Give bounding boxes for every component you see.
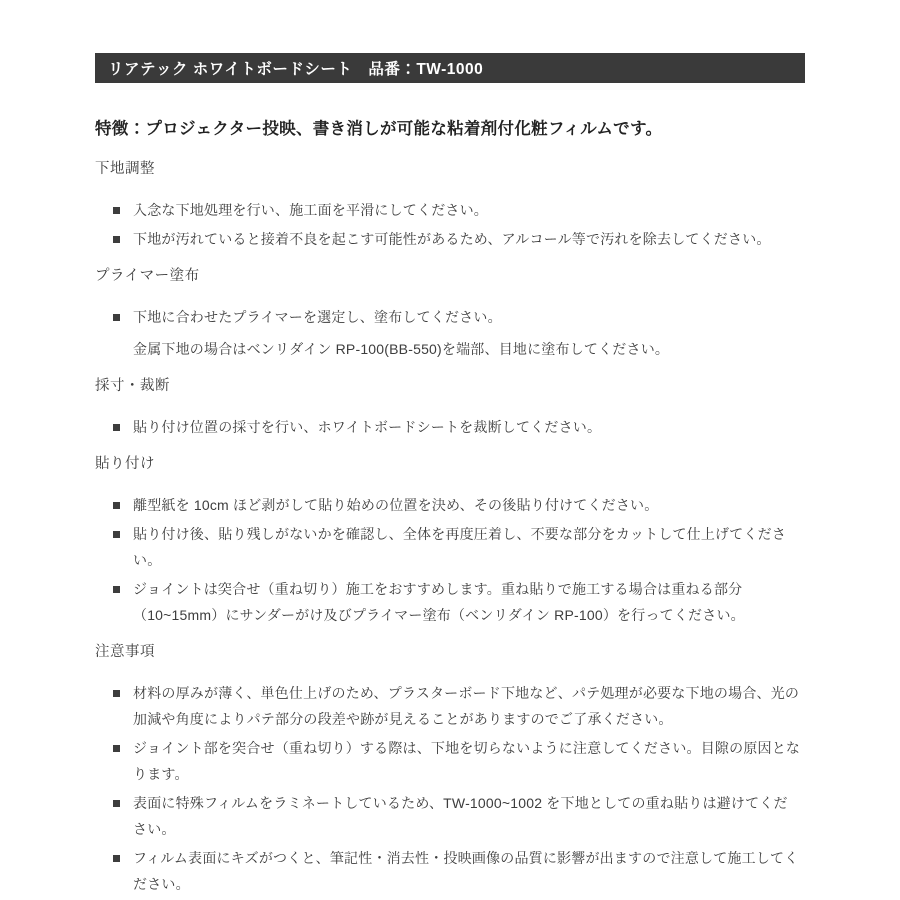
bullet-square-icon (113, 531, 120, 538)
list-item: 表面に特殊フィルムをラミネートしているため、TW-1000~1002 を下地とし… (95, 790, 805, 842)
bullet-square-icon (113, 800, 120, 807)
list-item-text: 材料の厚みが薄く、単色仕上げのため、プラスターボード下地など、パテ処理が必要な下… (133, 680, 801, 732)
document-page: リアテック ホワイトボードシート 品番：TW-1000 特徴：プロジェクター投映… (0, 0, 900, 900)
list-item-text: 入念な下地処理を行い、施工面を平滑にしてください。 (133, 197, 488, 223)
section-title: 貼り付け (95, 456, 805, 473)
list-item-text: ジョイントは突合せ（重ね切り）施工をおすすめします。重ね貼りで施工する場合は重ね… (133, 576, 801, 628)
list-item-text: 貼り付け位置の採寸を行い、ホワイトボードシートを裁断してください。 (133, 414, 601, 440)
list-item: 材料の厚みが薄く、単色仕上げのため、プラスターボード下地など、パテ処理が必要な下… (95, 680, 805, 732)
section-title: 下地調整 (95, 161, 805, 178)
section-title: プライマー塗布 (95, 268, 805, 285)
list-item: 下地に合わせたプライマーを選定し、塗布してください。 金属下地の場合はベンリダイ… (95, 304, 805, 362)
section-application: 貼り付け 離型紙を 10cm ほど剥がして貼り始めの位置を決め、その後貼り付けて… (95, 456, 805, 628)
list-item: フィルム表面にキズがつくと、筆記性・消去性・投映画像の品質に影響が出ますので注意… (95, 845, 805, 897)
section-title: 注意事項 (95, 644, 805, 661)
list-item: ジョイント部を突合せ（重ね切り）する際は、下地を切らないように注意してください。… (95, 735, 805, 787)
bullet-square-icon (113, 855, 120, 862)
document-title: リアテック ホワイトボードシート 品番：TW-1000 (108, 57, 483, 79)
bullet-square-icon (113, 502, 120, 509)
list-item: 貼り付け後、貼り残しがないかを確認し、全体を再度圧着し、不要な部分をカットして仕… (95, 521, 805, 573)
list-item: 離型紙を 10cm ほど剥がして貼り始めの位置を決め、その後貼り付けてください。 (95, 492, 805, 518)
bullet-square-icon (113, 586, 120, 593)
list-item: 入念な下地処理を行い、施工面を平滑にしてください。 (95, 197, 805, 223)
bullet-square-icon (113, 745, 120, 752)
bullet-square-icon (113, 236, 120, 243)
section-precautions: 注意事項 材料の厚みが薄く、単色仕上げのため、プラスターボード下地など、パテ処理… (95, 644, 805, 897)
section-primer-application: プライマー塗布 下地に合わせたプライマーを選定し、塗布してください。 金属下地の… (95, 268, 805, 362)
list-item-text: 下地に合わせたプライマーを選定し、塗布してください。 金属下地の場合はベンリダイ… (133, 304, 669, 362)
bullet-square-icon (113, 424, 120, 431)
list-item: ジョイントは突合せ（重ね切り）施工をおすすめします。重ね貼りで施工する場合は重ね… (95, 576, 805, 628)
section-title: 採寸・裁断 (95, 378, 805, 395)
list-item-note: 金属下地の場合はベンリダイン RP-100(BB-550)を端部、目地に塗布して… (133, 336, 669, 362)
section-substrate-adjustment: 下地調整 入念な下地処理を行い、施工面を平滑にしてください。 下地が汚れていると… (95, 161, 805, 252)
list-item: 貼り付け位置の採寸を行い、ホワイトボードシートを裁断してください。 (95, 414, 805, 440)
list-item-text: 貼り付け後、貼り残しがないかを確認し、全体を再度圧着し、不要な部分をカットして仕… (133, 521, 801, 573)
feature-line: 特徴：プロジェクター投映、書き消しが可能な粘着剤付化粧フィルムです。 (95, 119, 805, 139)
list-item: 下地が汚れていると接着不良を起こす可能性があるため、アルコール等で汚れを除去して… (95, 226, 805, 252)
list-item-text: 表面に特殊フィルムをラミネートしているため、TW-1000~1002 を下地とし… (133, 790, 801, 842)
list-item-text: フィルム表面にキズがつくと、筆記性・消去性・投映画像の品質に影響が出ますので注意… (133, 845, 801, 897)
title-bar: リアテック ホワイトボードシート 品番：TW-1000 (95, 53, 805, 83)
list-item-text: 離型紙を 10cm ほど剥がして貼り始めの位置を決め、その後貼り付けてください。 (133, 492, 658, 518)
bullet-square-icon (113, 314, 120, 321)
bullet-square-icon (113, 690, 120, 697)
list-item-text: ジョイント部を突合せ（重ね切り）する際は、下地を切らないように注意してください。… (133, 735, 801, 787)
list-item-line: 下地に合わせたプライマーを選定し、塗布してください。 (133, 309, 502, 325)
bullet-square-icon (113, 207, 120, 214)
list-item-text: 下地が汚れていると接着不良を起こす可能性があるため、アルコール等で汚れを除去して… (133, 226, 771, 252)
section-measuring-cutting: 採寸・裁断 貼り付け位置の採寸を行い、ホワイトボードシートを裁断してください。 (95, 378, 805, 440)
